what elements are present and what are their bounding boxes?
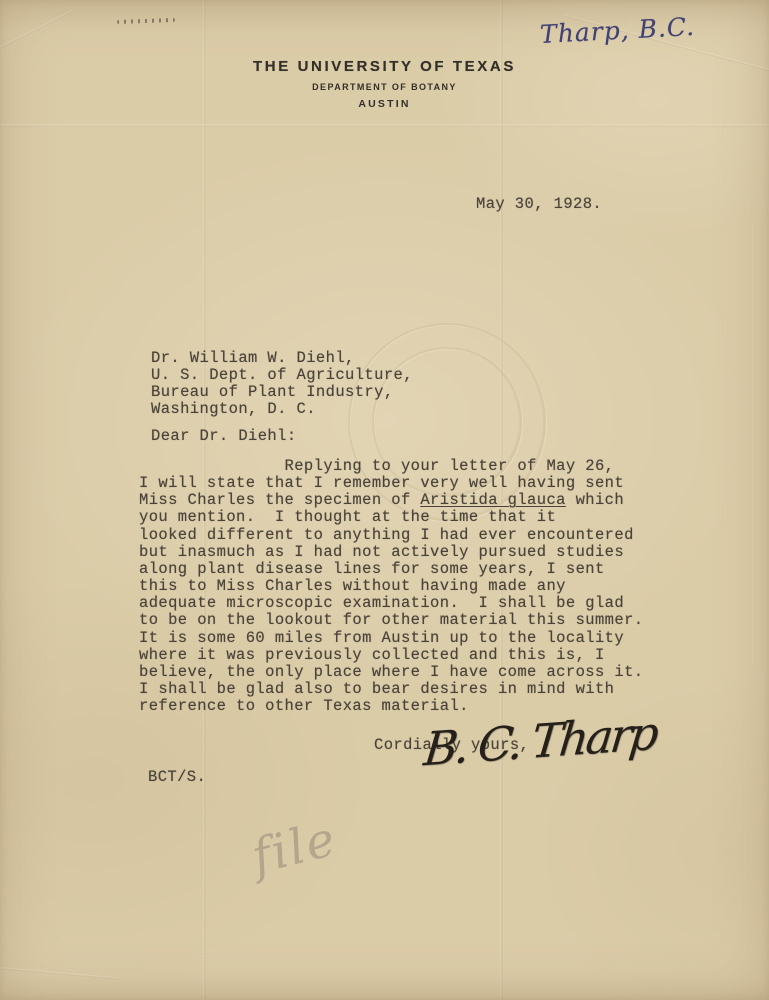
body-line: I will state that I remember very well h… [139, 475, 643, 492]
body-line: along plant disease lines for some years… [139, 561, 643, 578]
body-line: where it was previously collected and th… [139, 647, 643, 664]
body-line: It is some 60 miles from Austin up to th… [139, 630, 643, 647]
body-line: adequate microscopic examination. I shal… [139, 595, 643, 612]
reference-initials: BCT/S. [148, 769, 206, 786]
recipient-address-line: Washington, D. C. [151, 401, 413, 418]
horizontal-fold-crease [0, 124, 769, 127]
body-line: to be on the lookout for other material … [139, 612, 643, 629]
corner-crease-bottom-left [0, 966, 120, 979]
letter-scan: THE UNIVERSITY OF TEXAS DEPARTMENT OF BO… [0, 0, 769, 1000]
staple-mark [117, 18, 175, 24]
date-line: May 30, 1928. [476, 196, 602, 213]
body-line: but inasmuch as I had not actively pursu… [139, 544, 643, 561]
salutation: Dear Dr. Diehl: [151, 428, 297, 445]
letterhead-institution: THE UNIVERSITY OF TEXAS [0, 58, 769, 75]
body-paragraph: Replying to your letter of May 26,I will… [139, 458, 643, 715]
body-line: this to Miss Charles without having made… [139, 578, 643, 595]
recipient-address-line: U. S. Dept. of Agriculture, [151, 367, 413, 384]
body-line: believe, the only place where I have com… [139, 664, 643, 681]
body-line: Replying to your letter of May 26, [139, 458, 643, 475]
body-line: looked different to anything I had ever … [139, 527, 643, 544]
body-line: I shall be glad also to bear desires in … [139, 681, 643, 698]
signature: B. C. Tharp [421, 706, 658, 777]
recipient-address-line: Bureau of Plant Industry, [151, 384, 413, 401]
letterhead-city: AUSTIN [0, 98, 769, 110]
body-line: you mention. I thought at the time that … [139, 509, 643, 526]
recipient-address-line: Dr. William W. Diehl, [151, 350, 413, 367]
pencil-file-note: file [246, 811, 342, 886]
letterhead: THE UNIVERSITY OF TEXAS DEPARTMENT OF BO… [0, 58, 769, 110]
letterhead-department: DEPARTMENT OF BOTANY [0, 82, 769, 92]
recipient-address-block: Dr. William W. Diehl,U. S. Dept. of Agri… [151, 350, 413, 419]
corner-crease-top-left [0, 10, 74, 53]
body-line: Miss Charles the specimen of Aristida gl… [139, 492, 643, 509]
